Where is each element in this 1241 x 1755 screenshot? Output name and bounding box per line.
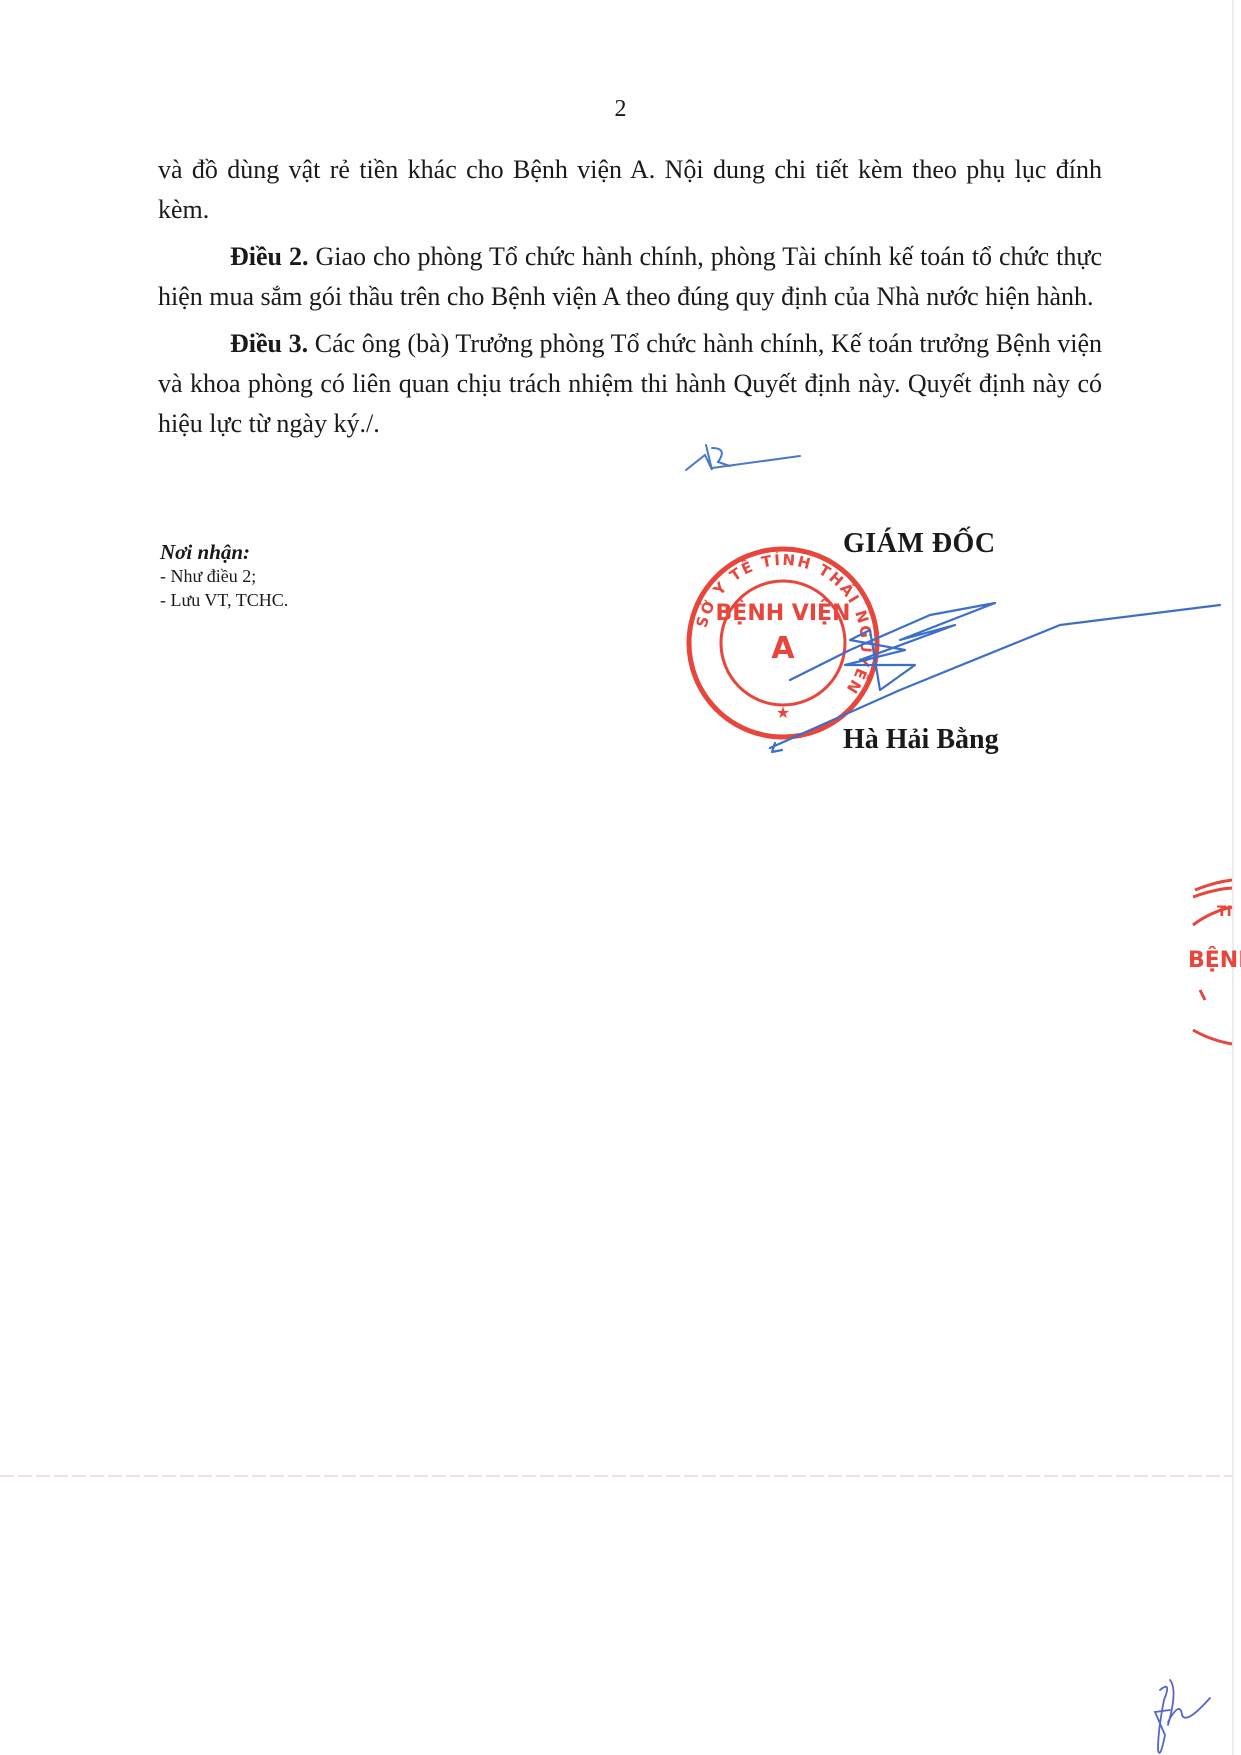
article-2: Điều 2. Giao cho phòng Tổ chức hành chín… [158, 237, 1102, 317]
signer-name: Hà Hải Bằng [843, 724, 999, 756]
svg-text:A: A [771, 631, 795, 666]
article-3-label: Điều 3. [230, 329, 308, 358]
article-2-label: Điều 2. [230, 242, 308, 271]
page-number: 2 [0, 96, 1241, 123]
fold-line [0, 1475, 1233, 1477]
page-edge [1232, 0, 1234, 1755]
inline-initial [686, 445, 800, 470]
official-stamp [689, 549, 877, 737]
paragraph-continuation: và đồ dùng vật rẻ tiền khác cho Bệnh việ… [158, 150, 1102, 230]
article-3: Điều 3. Các ông (bà) Trưởng phòng Tổ chứ… [158, 324, 1102, 444]
recipient-item: - Như điều 2; [160, 564, 288, 588]
director-title: GIÁM ĐỐC [843, 528, 996, 560]
svg-text:★: ★ [776, 703, 790, 722]
recipients-block: Nơi nhận: - Như điều 2; - Lưu VT, TCHC. [160, 540, 288, 612]
edge-stamp-fragment [1193, 880, 1232, 1044]
recipients-title: Nơi nhận: [160, 540, 288, 564]
stamp-text: BỆNH VIỆN A SỞ Y TẾ TỈNH THÁI NGUYÊN ★ [693, 548, 876, 722]
svg-text:SỞ Y TẾ TỈNH THÁI NG: SỞ Y TẾ TỈNH THÁI NGUYÊN [693, 548, 876, 698]
svg-text:TI: TI [1217, 904, 1232, 920]
svg-text:BỆNH VIỆN: BỆNH VIỆN [716, 599, 851, 626]
document-body: và đồ dùng vật rẻ tiền khác cho Bệnh việ… [158, 150, 1102, 444]
page-initials [1155, 1680, 1210, 1753]
recipient-item: - Lưu VT, TCHC. [160, 588, 288, 612]
